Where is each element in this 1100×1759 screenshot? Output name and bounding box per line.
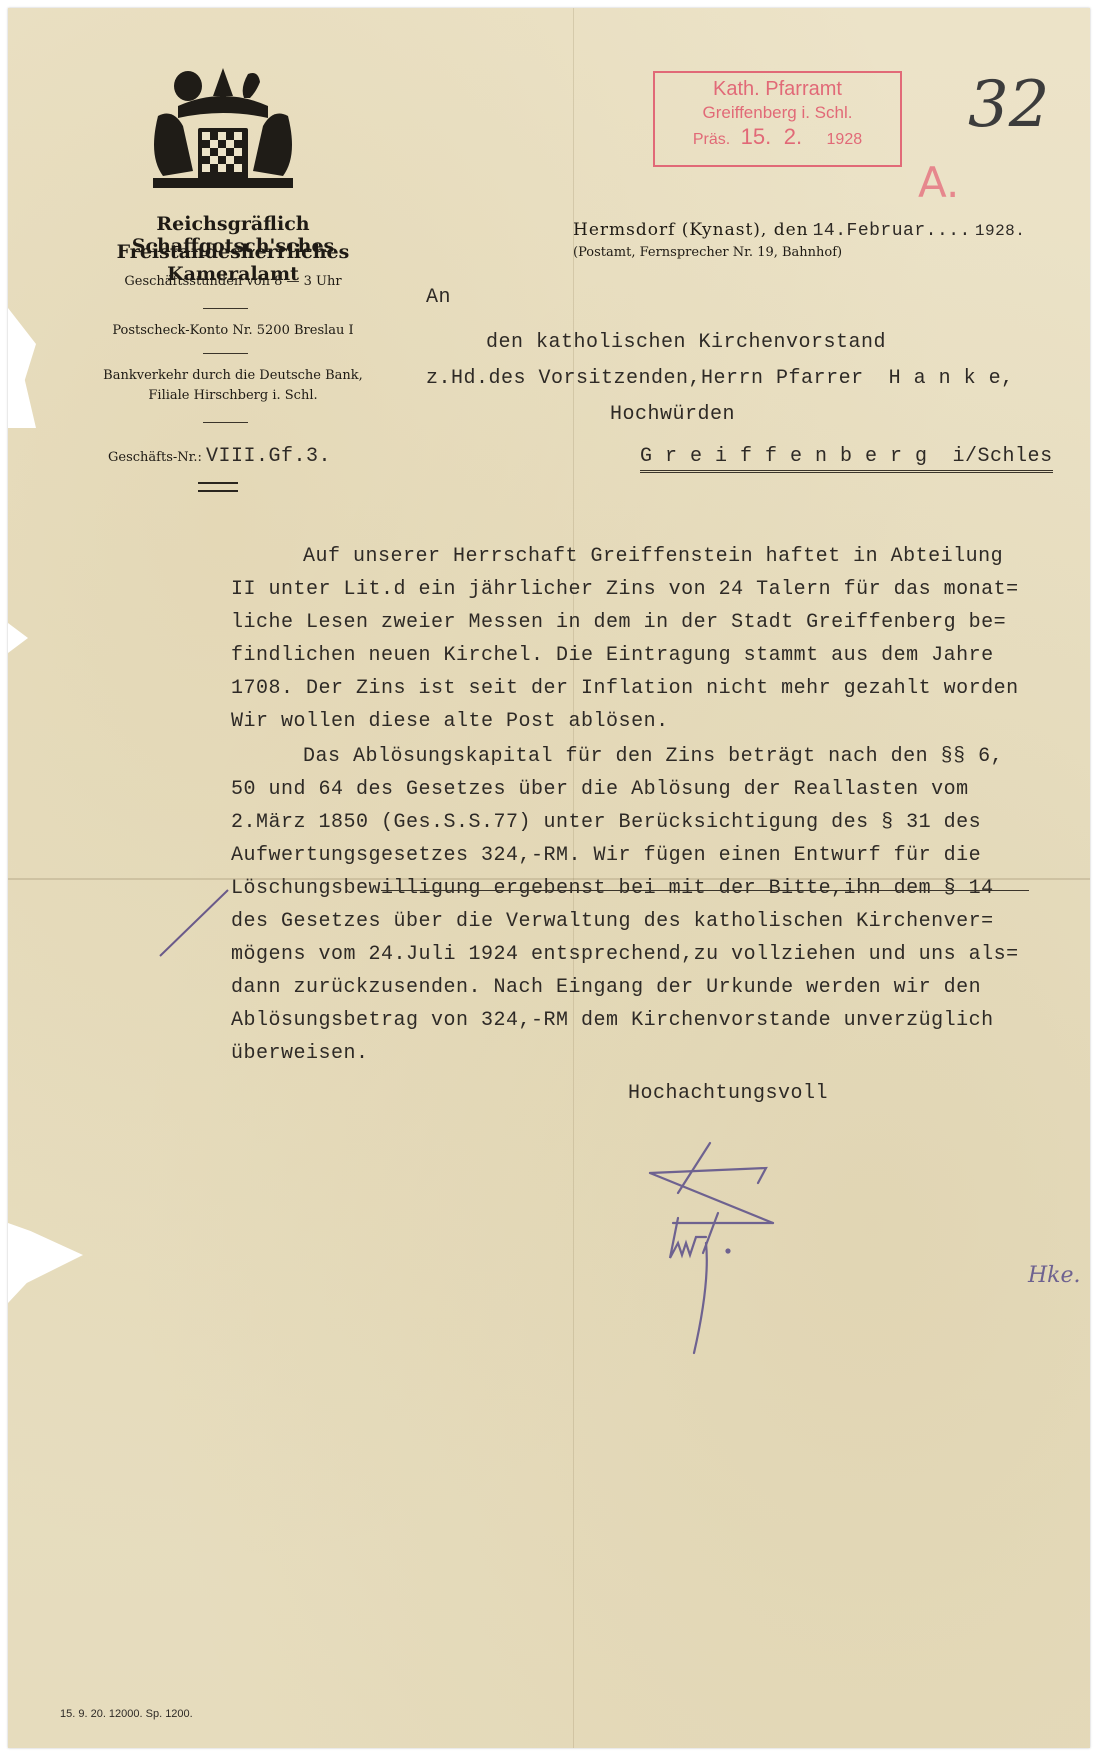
body-line: liche Lesen zweier Messen in dem in der … (231, 611, 1006, 634)
dateline-subline: (Postamt, Fernsprecher Nr. 19, Bahnhof) (573, 245, 842, 260)
margin-pencil-stroke (158, 888, 238, 958)
stamp-date-line: Präs. 15. 2. 1928 (655, 125, 900, 152)
handwritten-initials: Hke. (1028, 1263, 1081, 1288)
stamp-line1: Kath. Pfarramt (655, 77, 900, 101)
addressee-city: G r e i f f e n b e r g i/Schles (640, 445, 1053, 473)
body-line: 1708. Der Zins ist seit der Inflation ni… (231, 677, 1019, 700)
body-line: Ablösungsbetrag von 324,-RM dem Kirchenv… (231, 1009, 994, 1032)
postscheck-account: Postscheck-Konto Nr. 5200 Breslau I (53, 323, 413, 338)
bank-line1: Bankverkehr durch die Deutsche Bank, (53, 368, 413, 383)
reference-number: Geschäfts-Nr.: VIII.Gf.3. (108, 445, 331, 468)
addressee-an: An (426, 286, 451, 309)
stamp-line2: Greiffenberg i. Schl. (655, 101, 900, 125)
addressee-line2: z.Hd.des Vorsitzenden,Herrn Pfarrer H a … (426, 367, 1014, 390)
letter-page: Reichsgräflich Schaffgotsch'sches Freist… (8, 8, 1090, 1748)
body-line: II unter Lit.d ein jährlicher Zins von 2… (231, 578, 1019, 601)
closing-salutation: Hochachtungsvoll (628, 1082, 828, 1105)
red-pencil-mark: A. (918, 158, 959, 207)
strikethrough-line (381, 890, 1029, 891)
pencil-folio-number: 32 (968, 68, 1049, 142)
addressee-line3: Hochwürden (610, 403, 735, 426)
body-line: findlichen neuen Kirchel. Die Eintragung… (231, 644, 994, 667)
printer-code: 15. 9. 20. 12000. Sp. 1200. (60, 1708, 193, 1720)
body-line: 50 und 64 des Gesetzes über die Ablösung… (231, 778, 969, 801)
bank-line2: Filiale Hirschberg i. Schl. (53, 388, 413, 403)
body-line: mögens vom 24.Juli 1924 entsprechend,zu … (231, 943, 1019, 966)
parish-received-stamp: Kath. Pfarramt Greiffenberg i. Schl. Prä… (653, 71, 902, 167)
signature-icon (648, 1133, 808, 1363)
body-line: 2.März 1850 (Ges.S.S.77) unter Berücksic… (231, 811, 981, 834)
paper-tear (8, 623, 28, 653)
body-line: Wir wollen diese alte Post ablösen. (231, 710, 669, 733)
addressee-line1: den katholischen Kirchenvorstand (486, 331, 886, 354)
body-line: Aufwertungsgesetzes 324,-RM. Wir fügen e… (231, 844, 981, 867)
paper-tear (8, 1223, 83, 1303)
dateline: Hermsdorf (Kynast), den 14.Februar.... 1… (573, 220, 1025, 241)
ornament-divider (198, 482, 238, 492)
reference-value: VIII.Gf.3. (206, 445, 331, 468)
body-line-struck: Löschungsbewilligung ergebenst bei mit d… (231, 877, 994, 900)
divider (203, 353, 248, 354)
body-line: Auf unserer Herrschaft Greiffenstein haf… (303, 545, 1003, 568)
divider (203, 308, 248, 309)
body-line: Das Ablösungskapital für den Zins beträg… (303, 745, 1003, 768)
coat-of-arms-icon (148, 66, 298, 196)
body-line: des Gesetzes über die Verwaltung des kat… (231, 910, 994, 933)
reference-label: Geschäfts-Nr.: (108, 450, 202, 465)
divider (203, 422, 248, 423)
body-line: dann zurückzusenden. Nach Eingang der Ur… (231, 976, 981, 999)
business-hours: Geschäftsstunden von 8 — 3 Uhr (53, 274, 413, 289)
body-line: überweisen. (231, 1042, 369, 1065)
paper-tear (8, 308, 36, 428)
